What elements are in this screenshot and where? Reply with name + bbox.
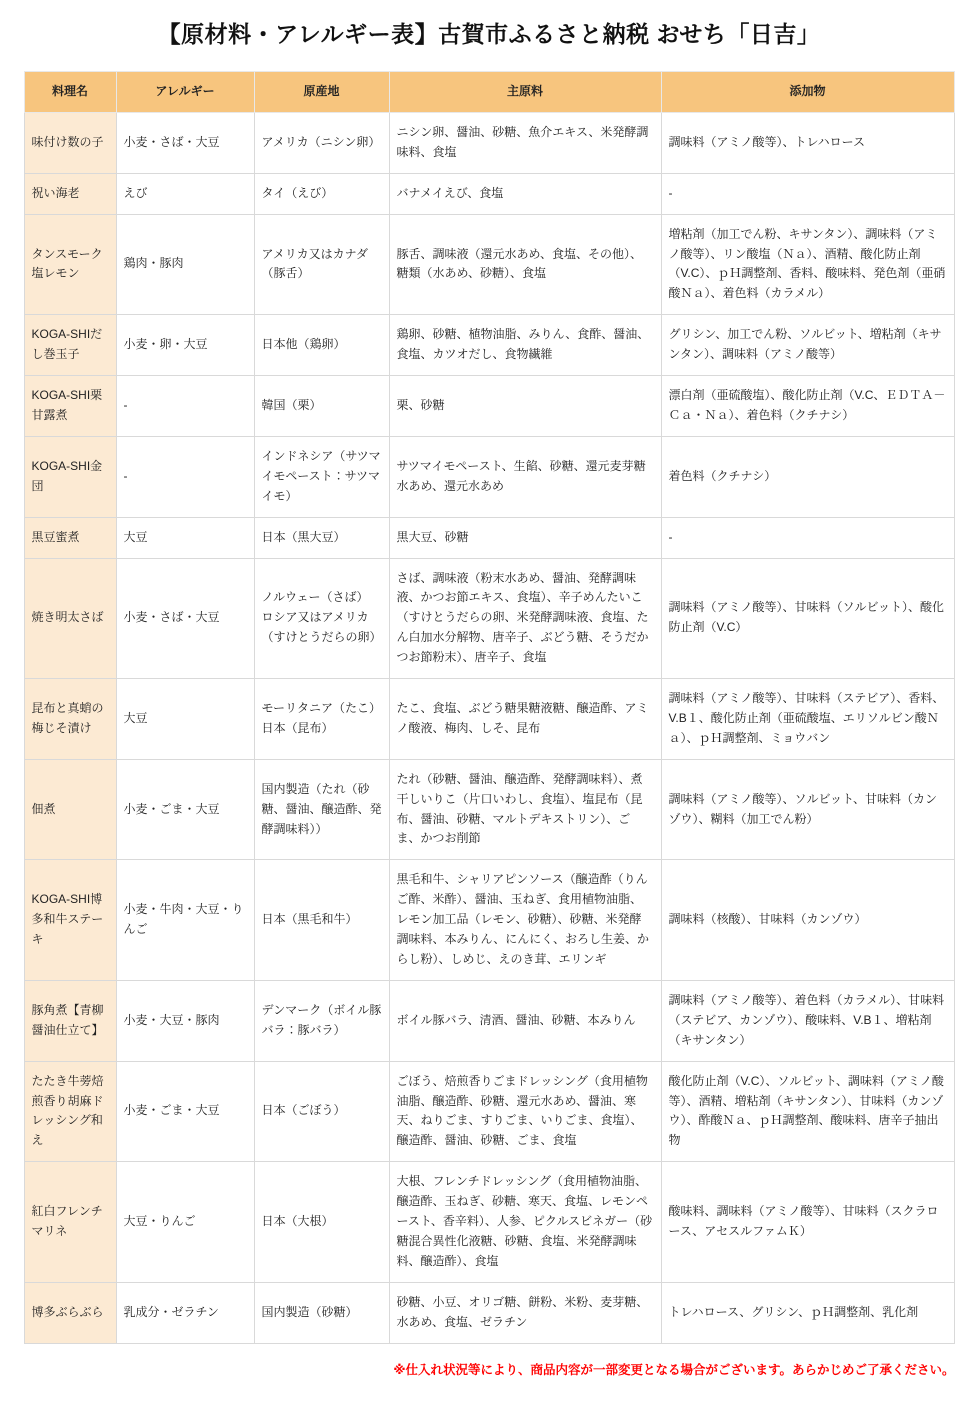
cell-name: たたき牛蒡焙煎香り胡麻ドレッシング和え [24,1061,116,1162]
table-row: 祝い海老えびタイ（えび）バナメイえび、食塩- [24,173,954,214]
cell-ingredients: ボイル豚バラ、清酒、醤油、砂糖、本みりん [389,980,661,1061]
cell-allergy: 大豆 [116,517,254,558]
column-header: アレルギー [116,72,254,113]
cell-name: 昆布と真蛸の梅じそ漬け [24,679,116,760]
cell-additives: グリシン、加工でん粉、ソルビット、増粘剤（キサンタン）、調味料（アミノ酸等） [661,315,954,376]
cell-additives: 調味料（アミノ酸等）、着色料（カラメル）、甘味料（ステビア、カンゾウ）、酸味料、… [661,980,954,1061]
cell-ingredients: たれ（砂糖、醤油、醸造酢、発酵調味料）、煮干しいりこ（片口いわし、食塩）、塩昆布… [389,759,661,860]
table-row: KOGA-SHIだし巻玉子小麦・卵・大豆日本他（鶏卵）鶏卵、砂糖、植物油脂、みり… [24,315,954,376]
page-title: 【原材料・アレルギー表】古賀市ふるさと納税 おせち「日吉」 [0,16,978,49]
cell-origin: デンマーク（ボイル豚バラ：豚バラ） [254,980,389,1061]
cell-allergy: - [116,376,254,437]
cell-additives: 漂白剤（亜硫酸塩）、酸化防止剤（V.C、ＥＤＴＡ－Ｃａ・Ｎａ）、着色料（クチナシ… [661,376,954,437]
cell-origin: 日本他（鶏卵） [254,315,389,376]
table-row: KOGA-SHI栗甘露煮-韓国（栗）栗、砂糖漂白剤（亜硫酸塩）、酸化防止剤（V.… [24,376,954,437]
cell-additives: 調味料（アミノ酸等）、甘味料（ソルビット）、酸化防止剤（V.C） [661,558,954,679]
cell-name: KOGA-SHI金団 [24,436,116,517]
cell-additives: 酸化防止剤（V.C）、ソルビット、調味料（アミノ酸等）、酒精、増粘剤（キサンタン… [661,1061,954,1162]
cell-additives: 調味料（アミノ酸等）、ソルビット、甘味料（カンゾウ）、糊料（加工でん粉） [661,759,954,860]
table-row: 焼き明太さば小麦・さば・大豆ノルウェー（さば） ロシア又はアメリカ（すけとうだら… [24,558,954,679]
table-row: 昆布と真蛸の梅じそ漬け大豆モーリタニア（たこ） 日本（昆布）たこ、食塩、ぶどう糖… [24,679,954,760]
table-row: 紅白フレンチマリネ大豆・りんご日本（大根）大根、フレンチドレッシング（食用植物油… [24,1162,954,1283]
table-body: 味付け数の子小麦・さば・大豆アメリカ（ニシン卵）ニシン卵、醤油、砂糖、魚介エキス… [24,112,954,1343]
cell-ingredients: バナメイえび、食塩 [389,173,661,214]
table-row: 佃煮小麦・ごま・大豆国内製造（たれ（砂糖、醤油、醸造酢、発酵調味料））たれ（砂糖… [24,759,954,860]
cell-allergy: 鶏肉・豚肉 [116,214,254,315]
cell-name: 祝い海老 [24,173,116,214]
cell-origin: ノルウェー（さば） ロシア又はアメリカ（すけとうだらの卵） [254,558,389,679]
cell-origin: 国内製造（たれ（砂糖、醤油、醸造酢、発酵調味料）） [254,759,389,860]
cell-additives: 酸味料、調味料（アミノ酸等）、甘味料（スクラロース、アセスルファムＫ） [661,1162,954,1283]
cell-name: 焼き明太さば [24,558,116,679]
cell-allergy: 小麦・さば・大豆 [116,112,254,173]
cell-name: KOGA-SHI博多和牛ステーキ [24,860,116,981]
cell-name: 黒豆蜜煮 [24,517,116,558]
cell-origin: アメリカ（ニシン卵） [254,112,389,173]
ingredients-allergy-table: 料理名アレルギー原産地主原料添加物 味付け数の子小麦・さば・大豆アメリカ（ニシン… [24,71,955,1344]
cell-origin: 国内製造（砂糖） [254,1282,389,1343]
table-row: 黒豆蜜煮大豆日本（黒大豆）黒大豆、砂糖- [24,517,954,558]
cell-ingredients: 鶏卵、砂糖、植物油脂、みりん、食酢、醤油、食塩、カツオだし、食物繊維 [389,315,661,376]
cell-name: タンスモーク塩レモン [24,214,116,315]
table-row: KOGA-SHI博多和牛ステーキ小麦・牛肉・大豆・りんご日本（黒毛和牛）黒毛和牛… [24,860,954,981]
table-row: 博多ぶらぶら乳成分・ゼラチン国内製造（砂糖）砂糖、小豆、オリゴ糖、餅粉、米粉、麦… [24,1282,954,1343]
cell-ingredients: 砂糖、小豆、オリゴ糖、餅粉、米粉、麦芽糖、水あめ、食塩、ゼラチン [389,1282,661,1343]
cell-allergy: 大豆・りんご [116,1162,254,1283]
cell-allergy: 大豆 [116,679,254,760]
cell-ingredients: ニシン卵、醤油、砂糖、魚介エキス、米発酵調味料、食塩 [389,112,661,173]
table-row: タンスモーク塩レモン鶏肉・豚肉アメリカ又はカナダ（豚舌）豚舌、調味液（還元水あめ… [24,214,954,315]
cell-name: KOGA-SHIだし巻玉子 [24,315,116,376]
table-row: 味付け数の子小麦・さば・大豆アメリカ（ニシン卵）ニシン卵、醤油、砂糖、魚介エキス… [24,112,954,173]
cell-origin: 韓国（栗） [254,376,389,437]
cell-name: 佃煮 [24,759,116,860]
cell-ingredients: 大根、フレンチドレッシング（食用植物油脂、醸造酢、玉ねぎ、砂糖、寒天、食塩、レモ… [389,1162,661,1283]
cell-ingredients: さば、調味液（粉末水あめ、醤油、発酵調味液、かつお節エキス、食塩）、辛子めんたい… [389,558,661,679]
cell-ingredients: 豚舌、調味液（還元水あめ、食塩、その他）、糖類（水あめ、砂糖）、食塩 [389,214,661,315]
cell-ingredients: 黒大豆、砂糖 [389,517,661,558]
cell-additives: 調味料（アミノ酸等）、トレハロース [661,112,954,173]
cell-additives: 着色料（クチナシ） [661,436,954,517]
cell-name: 博多ぶらぶら [24,1282,116,1343]
column-header: 添加物 [661,72,954,113]
cell-ingredients: たこ、食塩、ぶどう糖果糖液糖、醸造酢、アミノ酸液、梅肉、しそ、昆布 [389,679,661,760]
cell-origin: 日本（黒毛和牛） [254,860,389,981]
cell-allergy: - [116,436,254,517]
cell-ingredients: 黒毛和牛、シャリアピンソース（醸造酢（りんご酢、米酢）、醤油、玉ねぎ、食用植物油… [389,860,661,981]
cell-additives: 調味料（核酸）、甘味料（カンゾウ） [661,860,954,981]
cell-allergy: 小麦・牛肉・大豆・りんご [116,860,254,981]
cell-additives: 増粘剤（加工でん粉、キサンタン）、調味料（アミノ酸等）、リン酸塩（Ｎａ）、酒精、… [661,214,954,315]
table-row: 豚角煮【青柳醤油仕立て】小麦・大豆・豚肉デンマーク（ボイル豚バラ：豚バラ）ボイル… [24,980,954,1061]
table-row: KOGA-SHI金団-インドネシア（サツマイモペースト：サツマイモ）サツマイモペ… [24,436,954,517]
cell-name: KOGA-SHI栗甘露煮 [24,376,116,437]
cell-name: 味付け数の子 [24,112,116,173]
cell-allergy: 小麦・大豆・豚肉 [116,980,254,1061]
cell-origin: 日本（黒大豆） [254,517,389,558]
cell-additives: - [661,517,954,558]
cell-origin: モーリタニア（たこ） 日本（昆布） [254,679,389,760]
cell-origin: アメリカ又はカナダ（豚舌） [254,214,389,315]
cell-name: 豚角煮【青柳醤油仕立て】 [24,980,116,1061]
table-row: たたき牛蒡焙煎香り胡麻ドレッシング和え小麦・ごま・大豆日本（ごぼう）ごぼう、焙煎… [24,1061,954,1162]
table-header: 料理名アレルギー原産地主原料添加物 [24,72,954,113]
cell-ingredients: 栗、砂糖 [389,376,661,437]
header-row: 料理名アレルギー原産地主原料添加物 [24,72,954,113]
cell-origin: 日本（ごぼう） [254,1061,389,1162]
cell-additives: トレハロース、グリシン、ｐＨ調整剤、乳化剤 [661,1282,954,1343]
cell-allergy: 乳成分・ゼラチン [116,1282,254,1343]
cell-allergy: えび [116,173,254,214]
cell-ingredients: ごぼう、焙煎香りごまドレッシング（食用植物油脂、醸造酢、砂糖、還元水あめ、醤油、… [389,1061,661,1162]
cell-additives: - [661,173,954,214]
cell-allergy: 小麦・さば・大豆 [116,558,254,679]
cell-origin: タイ（えび） [254,173,389,214]
column-header: 原産地 [254,72,389,113]
footer-note: ※仕入れ状況等により、商品内容が一部変更となる場合がございます。あらかじめご了承… [24,1360,955,1402]
page: 【原材料・アレルギー表】古賀市ふるさと納税 おせち「日吉」 料理名アレルギー原産… [0,0,978,1402]
cell-additives: 調味料（アミノ酸等）、甘味料（ステビア）、香料、V.B１、酸化防止剤（亜硫酸塩、… [661,679,954,760]
cell-origin: インドネシア（サツマイモペースト：サツマイモ） [254,436,389,517]
cell-name: 紅白フレンチマリネ [24,1162,116,1283]
cell-ingredients: サツマイモペースト、生餡、砂糖、還元麦芽糖水あめ、還元水あめ [389,436,661,517]
cell-origin: 日本（大根） [254,1162,389,1283]
cell-allergy: 小麦・卵・大豆 [116,315,254,376]
cell-allergy: 小麦・ごま・大豆 [116,759,254,860]
column-header: 料理名 [24,72,116,113]
cell-allergy: 小麦・ごま・大豆 [116,1061,254,1162]
column-header: 主原料 [389,72,661,113]
